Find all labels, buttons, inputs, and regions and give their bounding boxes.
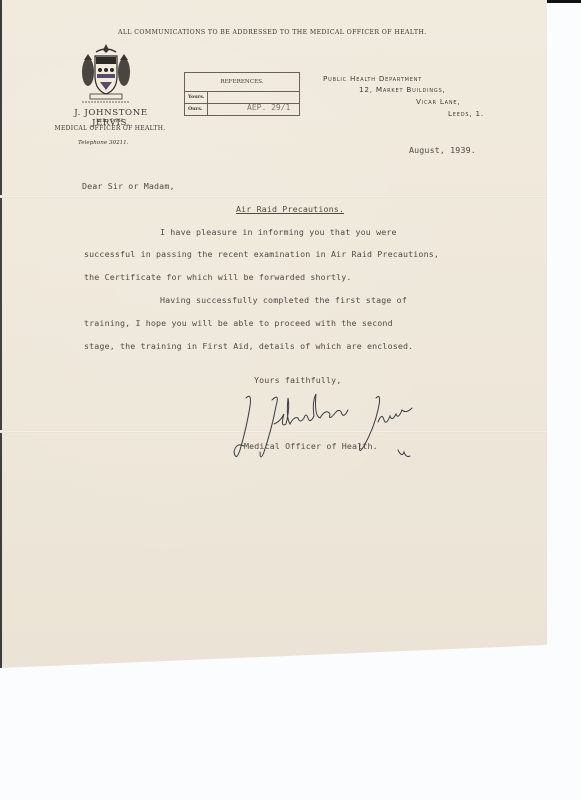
salutation: Dear Sir or Madam, [82, 181, 175, 191]
reference-value: AEP. 29/1 [247, 103, 290, 112]
closing: Yours faithfully, [254, 375, 341, 385]
reference-row-ours: Ours. AEP. 29/1 [185, 104, 299, 115]
signatory-title: Medical Officer of Health. [244, 441, 378, 451]
letter-paper: ALL COMMUNICATIONS TO BE ADDRESSED TO TH… [0, 0, 547, 668]
address-line: Public Health Department [323, 74, 422, 83]
body-line: training, I hope you will be able to pro… [84, 318, 393, 328]
signature-icon [228, 390, 428, 468]
letter-date: August, 1939. [409, 145, 476, 155]
telephone-number: Telephone 30211. [78, 140, 129, 146]
officer-title: MEDICAL OFFICER OF HEALTH. [48, 125, 172, 132]
reference-label: Ours. [188, 106, 203, 112]
body-line: stage, the training in First Aid, detail… [84, 341, 413, 351]
body-line: the Certificate for which will be forwar… [84, 272, 352, 282]
body-line: I have pleasure in informing you that yo… [160, 227, 397, 237]
reference-label: Yours. [188, 94, 205, 100]
officer-qualifications: M.D., D.P.H., [56, 119, 166, 124]
coat-of-arms-icon [78, 42, 134, 106]
subject-line: Air Raid Precautions. [236, 204, 344, 214]
reference-divider [207, 104, 208, 115]
scan-edge-bar [547, 0, 581, 3]
address-line: Leeds, 1. [448, 109, 484, 118]
body-line: Having successfully completed the first … [160, 295, 407, 305]
address-line: Vicar Lane, [416, 97, 460, 106]
reference-divider [207, 92, 208, 103]
references-heading: REFERENCES. [185, 73, 299, 92]
communications-line: ALL COMMUNICATIONS TO BE ADDRESSED TO TH… [118, 29, 427, 36]
body-line: successful in passing the recent examina… [84, 249, 439, 259]
address-line: 12, Market Buildings, [359, 85, 446, 94]
references-box: REFERENCES. Yours. Ours. AEP. 29/1 [184, 72, 300, 116]
fold-line [0, 195, 547, 198]
